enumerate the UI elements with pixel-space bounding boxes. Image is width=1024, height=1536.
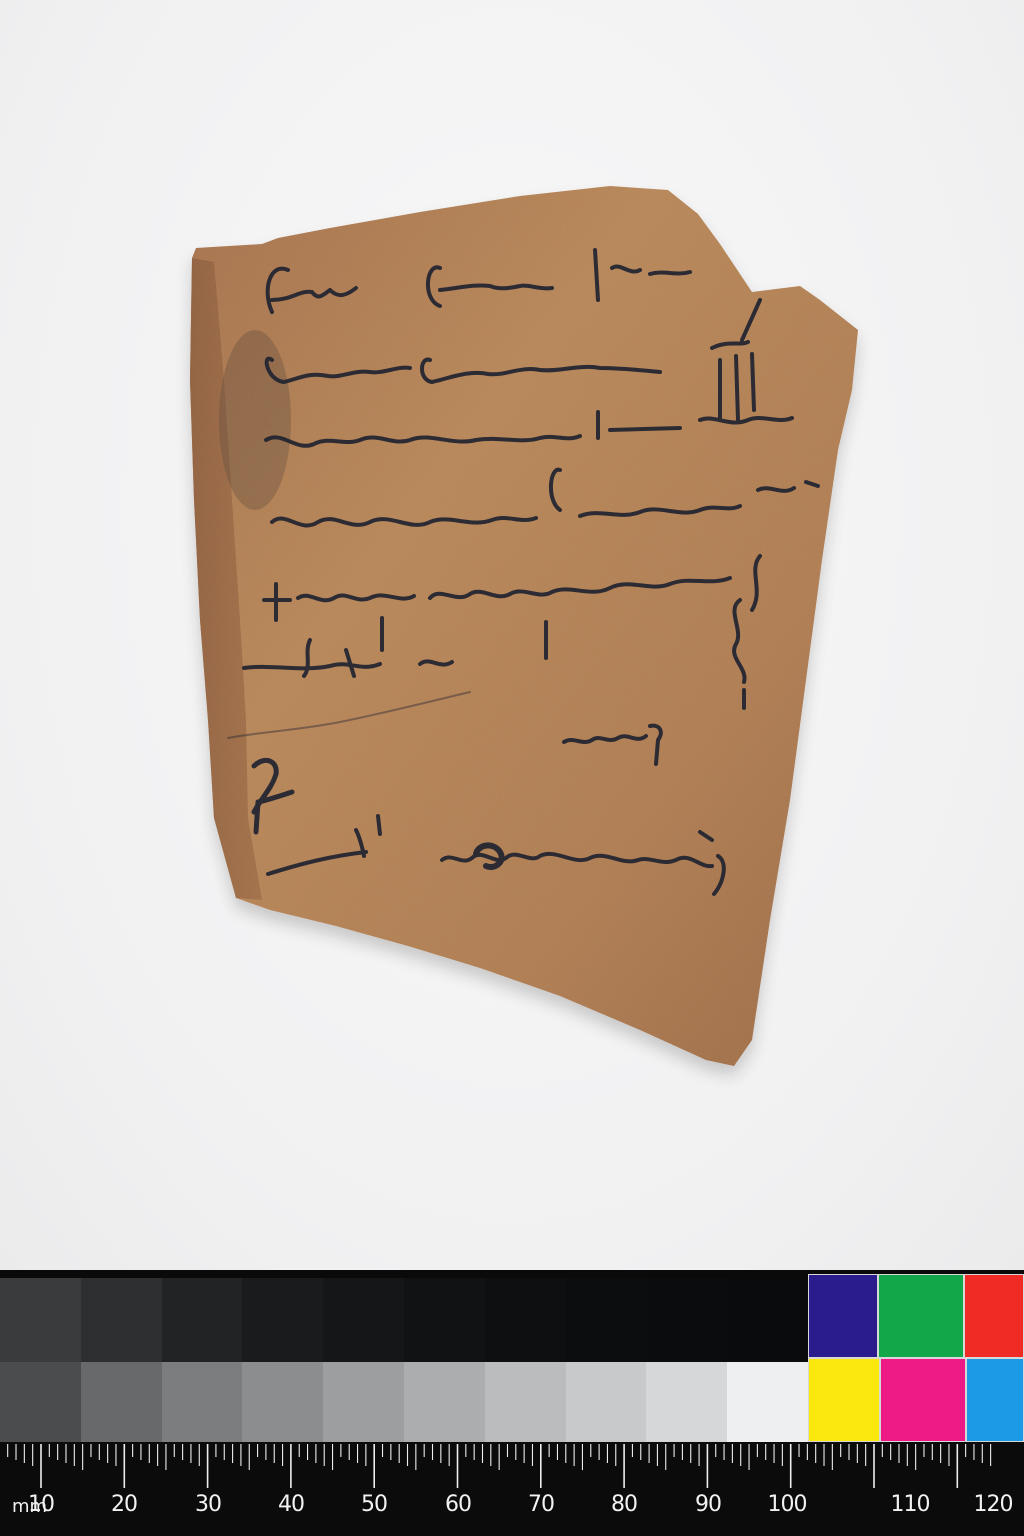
red-patch	[964, 1274, 1024, 1358]
gray-scale-light-row	[0, 1362, 808, 1442]
cyan-patch	[966, 1358, 1024, 1442]
gray-swatch	[485, 1362, 566, 1442]
gray-swatch	[81, 1278, 162, 1362]
gray-swatch	[162, 1362, 243, 1442]
gray-swatch	[323, 1278, 404, 1362]
green-patch	[878, 1274, 964, 1358]
gray-swatch	[646, 1278, 727, 1362]
color-calibration-chart: mm 10 20 30 40 50 60 70 80 90 100 110 12…	[0, 1270, 1024, 1536]
ostracon-sherd	[0, 0, 1024, 1270]
gray-swatch	[566, 1278, 647, 1362]
ostracon-illustration	[0, 0, 1024, 1270]
color-patches-top	[808, 1274, 1024, 1358]
ruler-label: 30	[195, 1492, 221, 1517]
mm-ruler: mm 10 20 30 40 50 60 70 80 90 100 110 12…	[0, 1442, 1024, 1536]
ruler-ticks	[0, 1442, 1024, 1536]
color-patches-bottom	[808, 1358, 1024, 1442]
gray-swatch	[404, 1278, 485, 1362]
gray-swatch	[242, 1278, 323, 1362]
ruler-label: 50	[361, 1492, 387, 1517]
ruler-label: 80	[611, 1492, 637, 1517]
blue-patch	[808, 1274, 878, 1358]
gray-swatch	[727, 1362, 808, 1442]
gray-swatch	[727, 1278, 808, 1362]
gray-swatch	[566, 1362, 647, 1442]
ruler-label: 20	[111, 1492, 137, 1517]
ruler-label: 60	[445, 1492, 471, 1517]
ruler-label: 120	[974, 1492, 1013, 1517]
magenta-patch	[880, 1358, 966, 1442]
ruler-label: 90	[695, 1492, 721, 1517]
gray-swatch	[242, 1362, 323, 1442]
ruler-label: 40	[278, 1492, 304, 1517]
yellow-patch	[808, 1358, 880, 1442]
ruler-label: 70	[528, 1492, 554, 1517]
gray-swatch	[646, 1362, 727, 1442]
gray-swatch	[0, 1362, 81, 1442]
ruler-label: 10	[28, 1492, 54, 1517]
gray-swatch	[323, 1362, 404, 1442]
gray-swatch	[81, 1362, 162, 1442]
gray-swatch	[162, 1278, 243, 1362]
gray-swatch	[485, 1278, 566, 1362]
gray-swatch	[404, 1362, 485, 1442]
gray-scale-dark-row	[0, 1278, 808, 1362]
gray-swatch	[0, 1278, 81, 1362]
ruler-label: 110	[891, 1492, 930, 1517]
ruler-label: 100	[768, 1492, 807, 1517]
